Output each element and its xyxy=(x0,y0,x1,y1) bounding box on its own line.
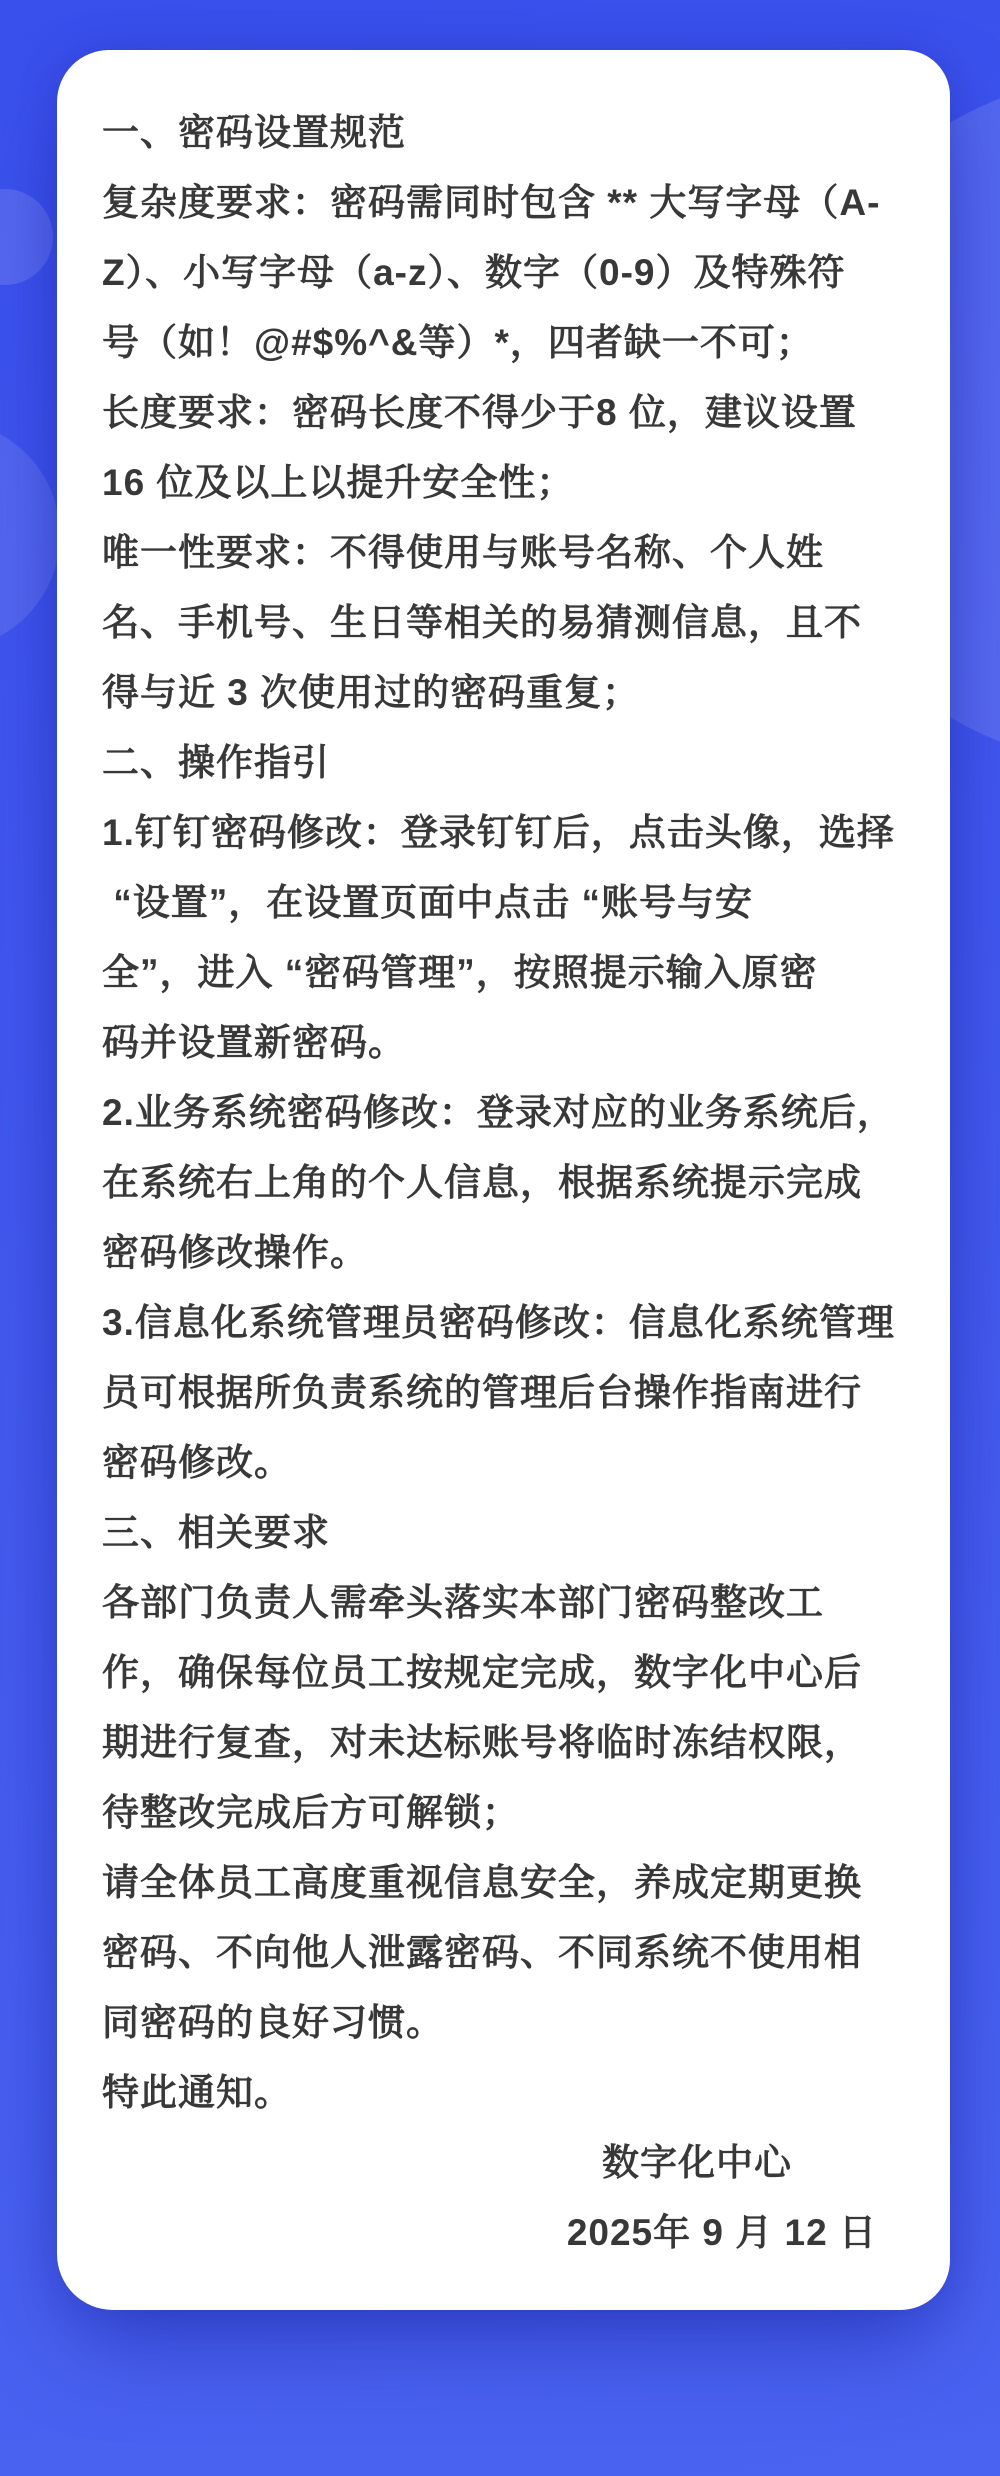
section-3-heading: 三、相关要求 xyxy=(102,1498,910,1568)
notice-line: 号（如！@#$%^&等）*，四者缺一不可； xyxy=(102,308,910,378)
notice-line: 得与近 3 次使用过的密码重复； xyxy=(102,658,910,728)
notice-line: 各部门负责人需牵头落实本部门密码整改工 xyxy=(102,1568,910,1638)
notice-line: 1.钉钉密码修改：登录钉钉后，点击头像，选择 xyxy=(102,798,910,868)
notice-line: 待整改完成后方可解锁； xyxy=(102,1778,910,1848)
notice-line: 密码修改操作。 xyxy=(102,1218,910,1288)
notice-closing: 特此通知。 xyxy=(102,2058,910,2128)
signoff-organization: 数字化中心 xyxy=(102,2128,910,2198)
page-background: { "palette": { "background_top": "#3a50e… xyxy=(0,0,1000,2476)
decor-circle-left-top xyxy=(0,189,53,285)
notice-line: 员可根据所负责系统的管理后台操作指南进行 xyxy=(102,1358,910,1428)
notice-line: 长度要求：密码长度不得少于8 位，建议设置 xyxy=(102,378,910,448)
notice-line: “设置”，在设置页面中点击 “账号与安 xyxy=(102,868,910,938)
notice-line: 作，确保每位员工按规定完成，数字化中心后 xyxy=(102,1638,910,1708)
section-2-heading: 二、操作指引 xyxy=(102,728,910,798)
notice-line: 码并设置新密码。 xyxy=(102,1008,910,1078)
notice-line: 密码、不向他人泄露密码、不同系统不使用相 xyxy=(102,1918,910,1988)
notice-line: 全”，进入 “密码管理”，按照提示输入原密 xyxy=(102,938,910,1008)
signoff-date: 2025年 9 月 12 日 xyxy=(102,2198,910,2268)
section-1-heading: 一、密码设置规范 xyxy=(102,98,910,168)
notice-line: 16 位及以上以提升安全性； xyxy=(102,448,910,518)
notice-line: 复杂度要求：密码需同时包含 ** 大写字母（A- xyxy=(102,168,910,238)
notice-card: 一、密码设置规范 复杂度要求：密码需同时包含 ** 大写字母（A- Z）、小写字… xyxy=(57,50,950,2310)
notice-line: 名、手机号、生日等相关的易猜测信息，且不 xyxy=(102,588,910,658)
notice-line: 请全体员工高度重视信息安全，养成定期更换 xyxy=(102,1848,910,1918)
notice-line: 密码修改。 xyxy=(102,1428,910,1498)
decor-circle-left-middle xyxy=(0,420,60,650)
notice-line: 同密码的良好习惯。 xyxy=(102,1988,910,2058)
notice-line: 在系统右上角的个人信息，根据系统提示完成 xyxy=(102,1148,910,1218)
notice-line: 唯一性要求：不得使用与账号名称、个人姓 xyxy=(102,518,910,588)
notice-line: 期进行复查，对未达标账号将临时冻结权限， xyxy=(102,1708,910,1778)
notice-line: Z）、小写字母（a-z）、数字（0-9）及特殊符 xyxy=(102,238,910,308)
notice-line: 2.业务系统密码修改：登录对应的业务系统后， xyxy=(102,1078,910,1148)
notice-line: 3.信息化系统管理员密码修改：信息化系统管理 xyxy=(102,1288,910,1358)
